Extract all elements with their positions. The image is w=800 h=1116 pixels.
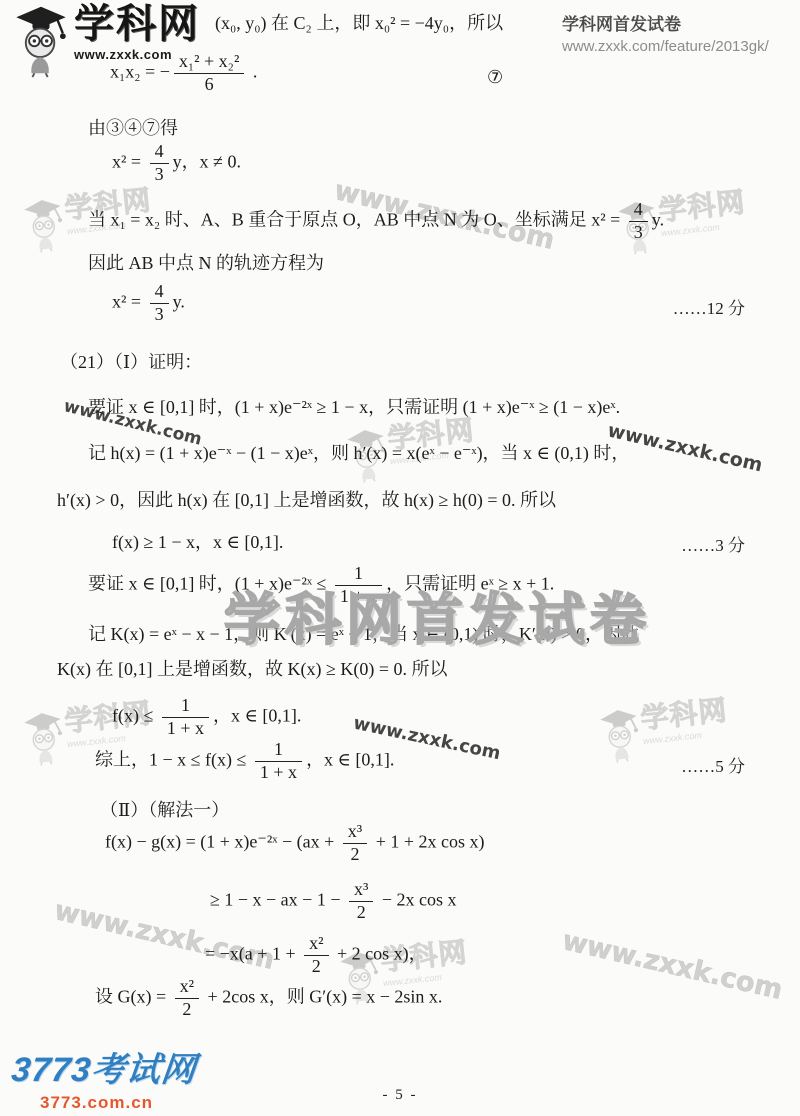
score-mark: ……3 分 <box>681 533 745 559</box>
issue-title: 学科网首发试卷 <box>562 10 769 35</box>
math-line: 因此 AB 中点 N 的轨迹方程为 <box>0 250 800 276</box>
scanned-answer-page: 学科网 www.zxxk.com 学科网首发试卷 www.zxxk.com/fe… <box>0 0 800 1116</box>
math-line: f(x) − g(x) = (1 + x)e⁻²ˣ − (ax + x³2 + … <box>0 822 800 865</box>
math-line: x² = 43y.……12 分 <box>0 282 800 325</box>
math-line: = −x(a + 1 + x²2 + 2 cos x)， <box>0 934 800 977</box>
zxxk-logo: 学科网 www.zxxk.com <box>10 2 200 78</box>
math-line: （21）（Ⅰ）证明： <box>0 349 800 375</box>
fraction: x²2 <box>304 934 328 977</box>
footer-3773-name: 3773考试网 <box>9 1042 199 1091</box>
fraction: x²2 <box>175 977 199 1020</box>
math-line: ≥ 1 − x − ax − 1 − x³2 − 2x cos x <box>0 880 800 923</box>
fraction: 11 + x <box>162 696 209 739</box>
fraction: 43 <box>150 282 169 325</box>
zxxk-logo-name: 学科网 <box>74 2 200 46</box>
math-line: 综上，1 − x ≤ f(x) ≤ 11 + x，x ∈ [0,1].……5 分 <box>0 740 800 783</box>
graduate-mascot-icon <box>10 2 72 78</box>
fraction: 43 <box>150 142 169 185</box>
fraction: 43 <box>629 200 648 243</box>
fraction: 11 + x <box>255 740 302 783</box>
math-line: （Ⅱ）（解法一） <box>0 797 800 823</box>
math-line: x² = 43y，x ≠ 0. <box>0 142 800 185</box>
fraction: x³2 <box>349 880 373 923</box>
watermark-banner: 学科网首发试卷 <box>224 576 651 656</box>
score-mark: ……12 分 <box>673 296 745 322</box>
math-line: 由③④⑦得 <box>0 115 800 141</box>
fraction: x³2 <box>343 822 367 865</box>
math-line: f(x) ≥ 1 − x，x ∈ [0,1].……3 分 <box>0 529 800 555</box>
math-line: K(x) 在 [0,1] 上是增函数，故 K(x) ≥ K(0) = 0. 所以 <box>0 656 800 682</box>
math-line: 当 x₁ = x₂ 时、A、B 重合于原点 O，AB 中点 N 为 O、坐标满足… <box>0 200 800 243</box>
math-line: h′(x) > 0，因此 h(x) 在 [0,1] 上是增函数，故 h(x) ≥… <box>0 487 800 513</box>
math-line: 设 G(x) = x²2 + 2cos x，则 G′(x) = x − 2sin… <box>0 977 800 1020</box>
header-issue-info: 学科网首发试卷 www.zxxk.com/feature/2013gk/ <box>562 10 769 55</box>
zxxk-logo-url: www.zxxk.com <box>74 47 200 62</box>
score-mark: ……5 分 <box>681 754 745 780</box>
issue-url: www.zxxk.com/feature/2013gk/ <box>562 38 769 55</box>
page-number: - 5 - <box>0 1087 800 1104</box>
equation-number: ⑦ <box>487 64 503 90</box>
